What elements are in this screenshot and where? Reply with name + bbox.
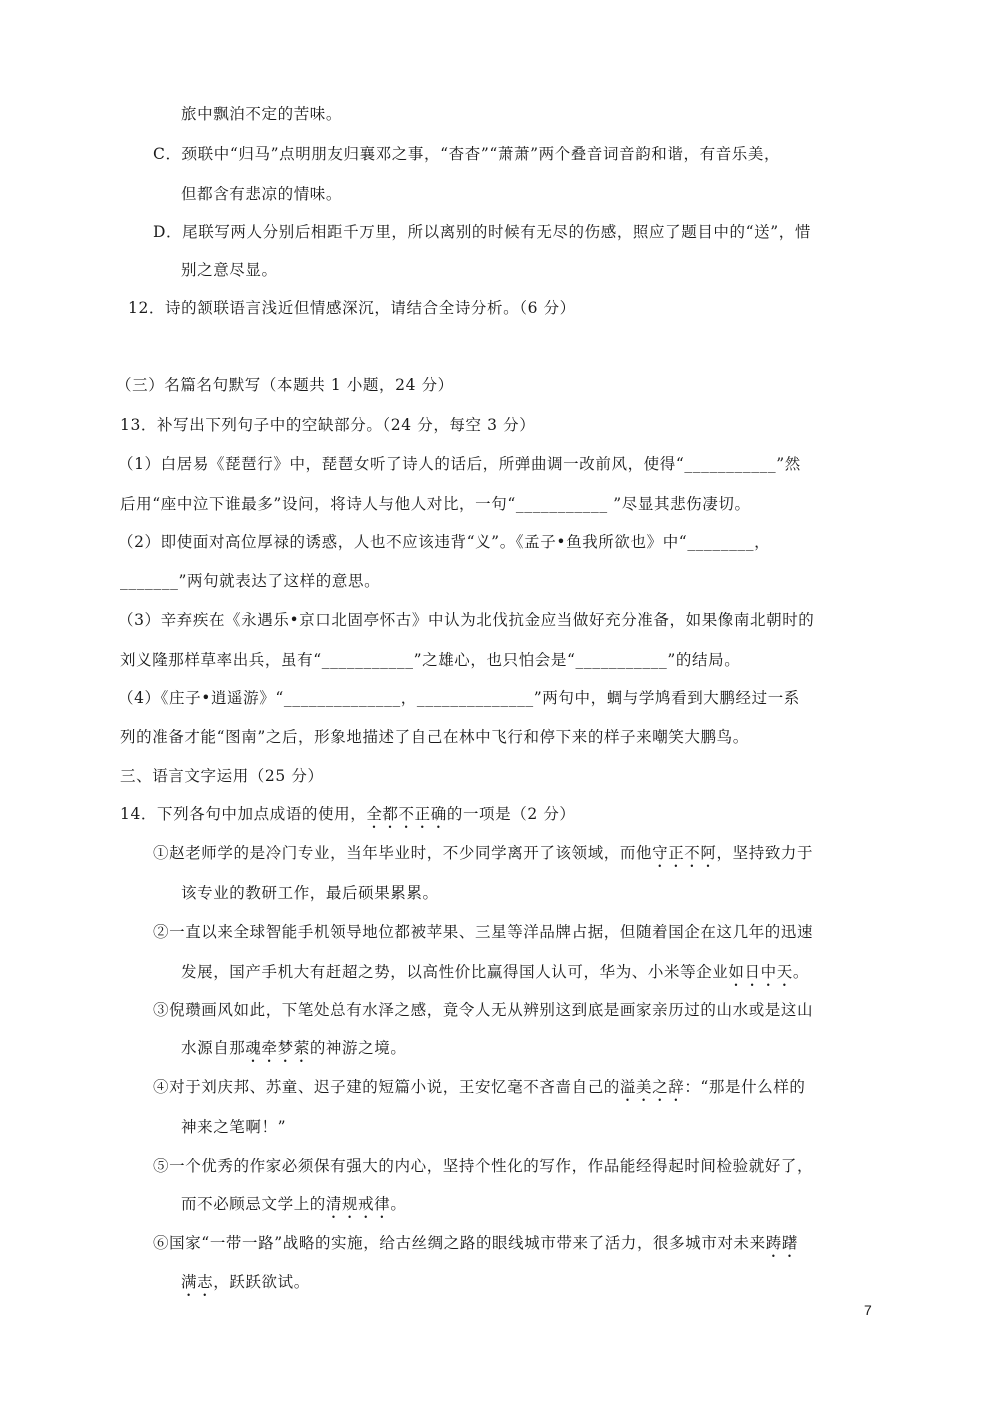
- sentence-6-text-b: ，跃跃欲试。: [213, 1273, 310, 1291]
- question-13-item-4: （4）《庄子•逍遥游》“______________，_____________…: [118, 688, 800, 708]
- sentence-3: ③倪瓒画风如此，下笔处总有水泽之感，竟令人无从辨别这到底是画家亲历过的山水或是这…: [153, 1000, 813, 1020]
- option-d-continuation: 别之意尽显。: [181, 260, 278, 280]
- section-heading-famous-lines: （三）名篇名句默写（本题共 1 小题，24 分）: [116, 375, 454, 395]
- question-13: 13．补写出下列句子中的空缺部分。（24 分，每空 3 分）: [120, 415, 535, 435]
- page-number: 7: [864, 1302, 872, 1318]
- option-c: C．颈联中“归马”点明朋友归襄邓之事，“杳杳”“萧萧”两个叠音词音韵和谐，有音乐…: [153, 144, 780, 164]
- idiom-5: 清规戒律: [326, 1195, 390, 1213]
- sentence-5-continuation: 而不必顾忌文学上的清规戒律。: [181, 1194, 406, 1222]
- question-13-item-4-continuation: 列的准备才能“图南”之后，形象地描述了自己在林中飞行和停下来的样子来嘲笑大鹏鸟。: [120, 727, 749, 747]
- sentence-6: ⑥国家“一带一路”战略的实施，给古丝绸之路的眼线城市带来了活力，很多城市对未来踌…: [153, 1233, 798, 1261]
- sentence-2-continuation: 发展，国产手机大有赶超之势，以高性价比赢得国人认可，华为、小米等企业如日中天。: [181, 962, 809, 990]
- idiom-6-part-2: 满志: [181, 1273, 213, 1291]
- sentence-3-text-b: 的神游之境。: [310, 1039, 407, 1057]
- sentence-1-continuation: 该专业的教研工作，最后硕果累累。: [181, 883, 439, 903]
- question-13-item-2-continuation: _______”两句就表达了这样的意思。: [120, 571, 380, 591]
- sentence-2: ②一直以来全球智能手机领导地位都被苹果、三星等洋品牌占据，但随着国企在这几年的迅…: [153, 922, 813, 942]
- idiom-1: 守正不阿: [652, 844, 716, 862]
- sentence-2-text-a: 发展，国产手机大有赶超之势，以高性价比赢得国人认可，华为、小米等企业: [181, 963, 728, 981]
- sentence-5-text-b: 。: [390, 1195, 406, 1213]
- sentence-5: ⑤一个优秀的作家必须保有强大的内心，坚持个性化的写作，作品能经得起时间检验就好了…: [153, 1156, 813, 1176]
- sentence-3-continuation: 水源自那魂牵梦萦的神游之境。: [181, 1038, 406, 1066]
- sentence-6-text-a: ⑥国家“一带一路”战略的实施，给古丝绸之路的眼线城市带来了活力，很多城市对未来: [153, 1234, 766, 1252]
- idiom-4: 溢美之辞: [620, 1078, 684, 1096]
- question-13-item-1-continuation: 后用“座中泣下谁最多”设问，将诗人与他人对比，一句“___________ ”尽…: [120, 494, 751, 514]
- idiom-3: 魂牵梦萦: [245, 1039, 309, 1057]
- sentence-5-text-a: 而不必顾忌文学上的: [181, 1195, 326, 1213]
- sentence-1-text-b: ，坚持致力于: [717, 844, 814, 862]
- section-heading-language-use: 三、语言文字运用（25 分）: [120, 766, 324, 786]
- question-13-item-3-continuation: 刘义隆那样草率出兵，虽有“___________”之雄心，也只怕会是“_____…: [120, 650, 740, 670]
- idiom-6-part-1: 踌躇: [766, 1234, 798, 1252]
- option-c-continuation: 但都含有悲凉的情味。: [181, 184, 342, 204]
- option-d: D．尾联写两人分别后相距千万里，所以离别的时候有无尽的伤感，照应了题目中的“送”…: [153, 222, 811, 242]
- question-14-text-b: 的一项是（2 分）: [447, 805, 576, 823]
- sentence-3-text-a: 水源自那: [181, 1039, 245, 1057]
- question-13-item-2: （2）即使面对高位厚禄的诱惑，人也不应该违背“义”。《孟子•鱼我所欲也》中“__…: [118, 532, 770, 552]
- sentence-4-text-a: ④对于刘庆邦、苏童、迟子建的短篇小说，王安忆毫不吝啬自己的: [153, 1078, 620, 1096]
- sentence-4: ④对于刘庆邦、苏童、迟子建的短篇小说，王安忆毫不吝啬自己的溢美之辞：“那是什么样…: [153, 1077, 806, 1105]
- question-13-item-1: （1）白居易《琵琶行》中，琵琶女听了诗人的话后，所弹曲调一改前风，使得“____…: [118, 454, 801, 474]
- question-14: 14．下列各句中加点成语的使用，全都不正确的一项是（2 分）: [120, 804, 576, 832]
- sentence-4-continuation: 神来之笔啊！”: [181, 1117, 286, 1137]
- question-13-item-3: （3）辛弃疾在《永遇乐•京口北固亭怀古》中认为北伐抗金应当做好充分准备，如果像南…: [118, 610, 814, 630]
- sentence-1: ①赵老师学的是冷门专业，当年毕业时，不少同学离开了该领域，而他守正不阿，坚持致力…: [153, 843, 813, 871]
- sentence-6-continuation: 满志，跃跃欲试。: [181, 1272, 310, 1300]
- sentence-1-text-a: ①赵老师学的是冷门专业，当年毕业时，不少同学离开了该领域，而他: [153, 844, 652, 862]
- question-12: 12．诗的颔联语言浅近但情感深沉，请结合全诗分析。（6 分）: [128, 298, 576, 318]
- sentence-4-text-b: ：“那是什么样的: [684, 1078, 805, 1096]
- emphasized-text: 全都不正确: [366, 805, 447, 823]
- sentence-2-text-b: 。: [793, 963, 809, 981]
- idiom-2: 如日中天: [728, 963, 792, 981]
- option-b-continuation: 旅中飘泊不定的苦味。: [181, 104, 342, 124]
- question-14-text-a: 14．下列各句中加点成语的使用，: [120, 805, 366, 823]
